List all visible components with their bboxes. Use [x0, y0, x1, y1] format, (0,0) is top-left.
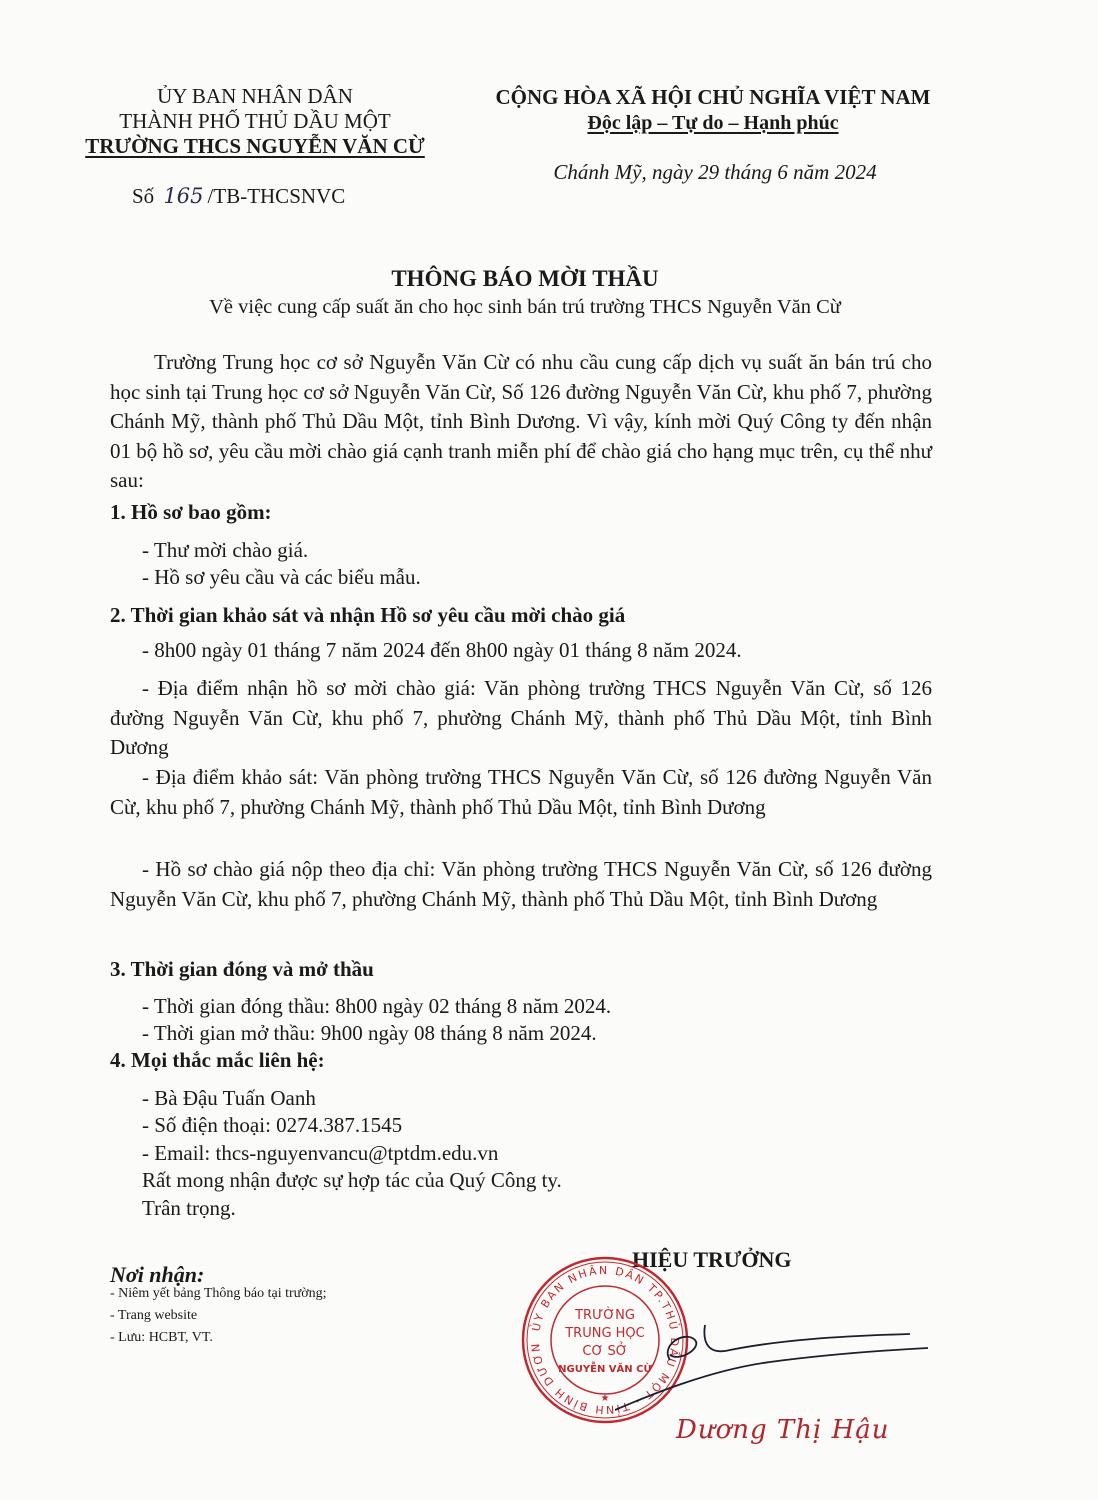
section-2-item: - Địa điểm nhận hồ sơ mời chào giá: Văn … [110, 674, 932, 763]
section-1-item: - Thư mời chào giá. [142, 538, 308, 563]
document-subtitle: Về việc cung cấp suất ăn cho học sinh bá… [100, 296, 950, 319]
contact-name: - Bà Đậu Tuấn Oanh [142, 1086, 316, 1111]
document-title: THÔNG BÁO MỜI THẦU [100, 266, 950, 292]
svg-text:★: ★ [601, 1393, 610, 1404]
section-3-item: - Thời gian mở thầu: 9h00 ngày 08 tháng … [142, 1021, 597, 1046]
national-header: CỘNG HÒA XÃ HỘI CHỦ NGHĨA VIỆT NAM Độc l… [478, 84, 948, 136]
national-motto: Độc lập – Tự do – Hạnh phúc [478, 110, 948, 136]
section-3-item: - Thời gian đóng thầu: 8h00 ngày 02 thán… [142, 994, 611, 1019]
issue-date: Chánh Mỹ, ngày 29 tháng 6 năm 2024 [480, 160, 950, 185]
section-2-item: - Địa điểm khảo sát: Văn phòng trường TH… [110, 763, 932, 822]
section-2-item: - 8h00 ngày 01 tháng 7 năm 2024 đến 8h00… [142, 638, 742, 663]
signer-name: Dương Thị Hậu [676, 1415, 889, 1445]
contact-email: - Email: thcs-nguyenvancu@tptdm.edu.vn [142, 1141, 498, 1166]
intro-paragraph: Trường Trung học cơ sở Nguyễn Văn Cừ có … [110, 348, 932, 496]
recipient-item: - Lưu: HCBT, VT. [110, 1330, 213, 1346]
document-number: Số 165/TB-THCSNVC [132, 184, 345, 209]
section-2-heading: 2. Thời gian khảo sát và nhận Hồ sơ yêu … [110, 603, 625, 628]
recipient-item: - Niêm yết bảng Thông báo tại trường; [110, 1286, 327, 1302]
section-1-item: - Hồ sơ yêu cầu và các biểu mẫu. [142, 565, 421, 590]
closing-regards: Trân trọng. [142, 1196, 236, 1221]
issuing-authority: ỦY BAN NHÂN DÂN THÀNH PHỐ THỦ DẦU MỘT TR… [60, 84, 450, 159]
authority-line-1: ỦY BAN NHÂN DÂN [60, 84, 450, 109]
school-name: TRƯỜNG THCS NGUYỄN VĂN CỪ [60, 134, 450, 159]
authority-line-2: THÀNH PHỐ THỦ DẦU MỘT [60, 109, 450, 134]
section-2-item: - Hồ sơ chào giá nộp theo địa chỉ: Văn p… [110, 855, 932, 914]
contact-phone: - Số điện thoại: 0274.387.1545 [142, 1113, 402, 1138]
closing-line: Rất mong nhận được sự hợp tác của Quý Cô… [142, 1168, 562, 1193]
section-4-heading: 4. Mọi thắc mắc liên hệ: [110, 1048, 325, 1073]
recipients-heading: Nơi nhận: [110, 1262, 204, 1288]
handwritten-signature-icon [610, 1300, 930, 1420]
section-1-heading: 1. Hồ sơ bao gồm: [110, 500, 272, 525]
handwritten-number: 165 [163, 184, 203, 208]
country-name: CỘNG HÒA XÃ HỘI CHỦ NGHĨA VIỆT NAM [478, 84, 948, 110]
recipient-item: - Trang website [110, 1308, 197, 1324]
section-3-heading: 3. Thời gian đóng và mở thầu [110, 957, 374, 982]
